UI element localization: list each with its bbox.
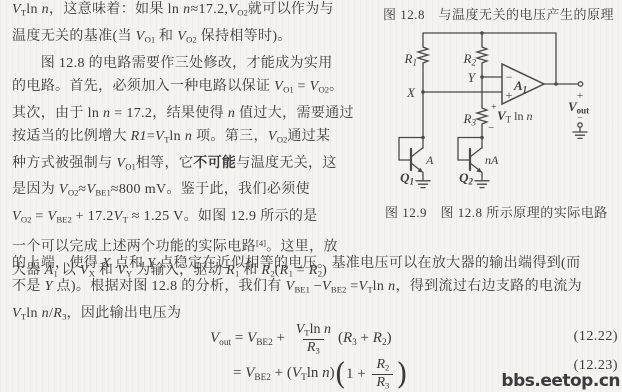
text-line: VTln n，这意味着：如果 ln n≈17.2,VO2就可以作为与 — [12, 0, 368, 25]
text-line: 按适当的比例增大 R1=VTln n 项。第三，VO2通过某 — [12, 125, 368, 152]
eq22-number: (12.22) — [574, 329, 618, 345]
vout-plus-sign: + — [577, 90, 583, 102]
svg-text:R1: R1 — [404, 51, 417, 68]
eq23-middle: = VBE2 + (VTln n) — [233, 365, 335, 383]
opamp-minus-sign: − — [506, 70, 513, 84]
supply-rail-wire — [423, 31, 556, 84]
eq22-middle: = VBE2 + — [231, 330, 289, 348]
equation-12-22: Vout = VBE2 + VTln nR3(R3 + R2) (12.22) — [210, 321, 622, 357]
figure-12-8-caption: 图 12.8 与温度无关的电压产生的原理 — [383, 4, 614, 23]
svg-text:R2: R2 — [463, 51, 477, 68]
eq22-lhs: Vout — [210, 330, 231, 348]
q2-label: Q2 — [459, 170, 473, 187]
text-line: 的电路。首先，必须加入一种电路以保证 VO1 = VO2。 — [12, 75, 368, 102]
text-line: 其次，由于 ln n = 17.2，结果使得 n 值过大，需要通过 — [12, 102, 368, 125]
transistor-q2: Q2 nA — [458, 136, 499, 188]
q1-area-label: A — [425, 153, 434, 167]
text-line: 的上端，使得 X 点和 Y 点稳定在近似相等的电压。基准电压可以在放大器的输出端… — [12, 252, 618, 275]
vt-ln-n-label: VT ln n — [497, 108, 533, 125]
text-line: 温度无关的基准(当 VO1 和 VO2 保持相等时)。 — [12, 25, 368, 52]
ground-symbol-q2 — [475, 181, 489, 188]
q1-label: Q1 — [400, 170, 414, 187]
opamp-a1: − + A1 — [423, 64, 544, 104]
node-y-label: Y — [468, 70, 477, 85]
r3-minus-sign: − — [488, 122, 494, 134]
resistor-r1: R1 — [404, 33, 428, 68]
text-line: 是因为 VO2≈VBE1≈800 mV。鉴于此，我们必须使 — [12, 178, 368, 205]
resistor-r2: R2 — [463, 33, 487, 68]
circuit-diagram-fig-12-9: R1 X R2 Y R3 + − VT ln n — [376, 24, 622, 202]
eq23-pre: 1 + — [346, 366, 369, 383]
opamp-plus-sign: + — [506, 88, 513, 102]
ground-symbol-output — [573, 132, 587, 138]
resistor-r3: R3 + − VT ln n — [463, 102, 533, 138]
text-line: 图 12.8 的电路需要作三处修改，才能成为实用 — [12, 52, 368, 75]
q2-area-label: nA — [485, 153, 499, 167]
textbook-page: VTln n，这意味着：如果 ln n≈17.2,VO2就可以作为与 温度无关的… — [0, 0, 622, 392]
svg-text:R3: R3 — [463, 111, 477, 128]
text-line: 种方式被强制与 VO1相等，它不可能与温度无关，这 — [12, 152, 368, 179]
eq22-fraction: VTln nR3 — [292, 322, 335, 355]
r1-label: R — [404, 51, 413, 66]
output-terminal: + Vout − — [544, 82, 589, 139]
node-x-label: X — [406, 85, 416, 100]
r2-label: R — [463, 51, 472, 66]
ground-symbol-q1 — [416, 181, 430, 188]
transistor-q1: Q1 A — [399, 136, 434, 188]
a1-label: A1 — [513, 78, 527, 95]
eq23-fraction: R2R3 — [372, 357, 393, 390]
body-text-left-column: VTln n，这意味着：如果 ln n≈17.2,VO2就可以作为与 温度无关的… — [12, 0, 368, 285]
site-watermark: bbs.eetop.cn — [501, 371, 620, 391]
text-line: 不是 Y 点)。根据对图 12.8 的分析，我们有 VBE1 −VBE2 =VT… — [12, 275, 618, 302]
vout-plus-terminal-circle — [578, 82, 582, 86]
figure-12-9-caption: 图 12.9 图 12.8 所示原理的实际电路 — [385, 202, 608, 221]
eq22-tail: (R3 + R2) — [338, 330, 392, 348]
r3-label: R — [463, 111, 472, 126]
body-text-full-width: 的上端，使得 X 点和 Y 点稳定在近似相等的电压。基准电压可以在放大器的输出端… — [12, 252, 618, 329]
text-line: VO2 = VBE2 + 17.2VT ≈ 1.25 V。如图 12.9 所示的… — [12, 205, 368, 232]
